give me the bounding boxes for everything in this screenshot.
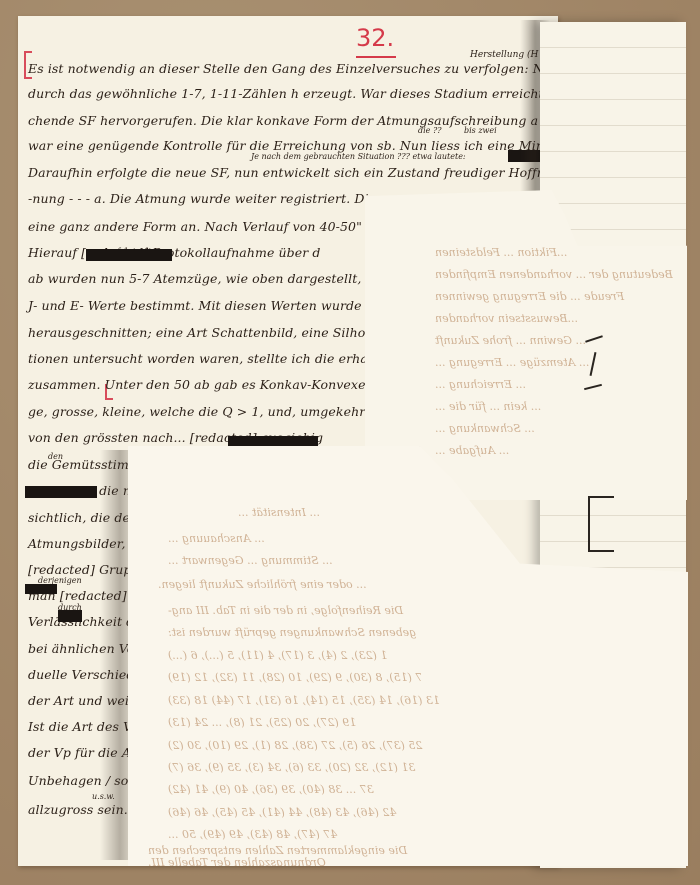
- redaction-bar: [25, 584, 57, 594]
- ghost-text-line: 25 (37), 26 (5), 27 (38), 28 (1), 29 (10…: [168, 739, 422, 752]
- ghost-text-line: ... Gewinn ... frohe Zukunft: [435, 334, 586, 347]
- ghost-text-line: 19 (27), 20 (25), 21 (8), ... 24 (13): [168, 716, 356, 729]
- ghost-text-line: 31 (12), 32 (20), 33 (6), 34 (3), 35 (9)…: [168, 761, 415, 774]
- redaction-bar: [58, 610, 82, 622]
- ghost-text-line: 47 (47), 48 (43), 49 (49), 50 ...: [168, 828, 337, 841]
- text-line-12: tionen untersucht worden waren, stellte …: [28, 351, 372, 366]
- redaction-bar: [86, 249, 172, 261]
- text-line-4: war eine genügende Kontrolle für die Err…: [28, 138, 565, 153]
- ghost-text-line: ... kein ... für die ...: [435, 400, 541, 413]
- ghost-text-line: 1 (23), 2 (4), 3 (17), 4 (11), 5 (...), …: [168, 649, 387, 662]
- ghost-text-line: ... Atemzüge ... Erregung ...: [435, 356, 589, 369]
- text-line-13: zusammen. Unter den 50 ab gab es Konkav-…: [28, 377, 382, 392]
- text-line-14: ge, grosse, kleine, welche die Q > 1, un…: [28, 404, 385, 419]
- ghost-text-line: ... Aufgabe ...: [435, 444, 509, 457]
- ghost-text-line: ... oder eine fröhliche Zukunft liegen.: [158, 578, 367, 591]
- text-line-5: Daraufhin erfolgte die neue SF, nun entw…: [28, 165, 553, 180]
- ghost-text-line: 7 (15), 8 (30), 9 (29), 10 (28), 11 (32)…: [168, 671, 422, 684]
- pencil-bracket-mark: [588, 496, 614, 552]
- ghost-text-line: ... Schwankung ...: [435, 422, 535, 435]
- ghost-text-line: ... Intensität ...: [238, 506, 320, 519]
- redaction-bar: [25, 486, 97, 498]
- ghost-text-line: gebenen Schwankungen geprüft wurden ist:: [168, 626, 416, 639]
- text-line-11: herausgeschnitten; eine Art Schattenbild…: [28, 325, 410, 340]
- text-line-6: -nung - - - a. Die Atmung wurde weiter r…: [28, 191, 369, 206]
- ghost-text-line: 13 (16), 14 (35), 15 (14), 16 (31), 17 (…: [168, 694, 440, 707]
- text-line-2: durch das gewöhnliche 1-7, 1-11-Zählen h…: [28, 86, 603, 101]
- ghost-text-line: Die Reihenfolge, in der die in Tab. III …: [168, 604, 403, 617]
- ghost-text-line: ... Anschauung ...: [168, 532, 265, 545]
- ghost-text-line: 42 (46), 43 (48), 44 (41), 45 (45), 46 (…: [168, 806, 396, 819]
- text-line-10: J- und E- Werte bestimmt. Mit diesen Wer…: [28, 298, 374, 313]
- ghost-text-line: ... Stimmung ... Gegenwart ...: [168, 554, 333, 567]
- text-line-3: chende SF hervorgerufen. Die klar konkav…: [28, 113, 538, 128]
- page-number: 32.: [356, 24, 394, 52]
- text-line-9: ab wurden nun 5-7 Atemzüge, wie oben dar…: [28, 271, 361, 286]
- ghost-text-line: Bedeutung der ... vorhandenen Empfinden: [435, 268, 673, 281]
- ghost-text-line: ...Bewusstsein vorhanden: [435, 312, 578, 325]
- text-line-7: eine ganz andere Form an. Nach Verlauf v…: [28, 219, 362, 234]
- margin-insertion-line5: Je nach dem gebrauchten Situation ??? et…: [251, 152, 466, 161]
- ghost-text-line: Freude ... die Erregung gewinnen: [435, 290, 624, 303]
- ghost-text-line: ... Erreichung ...: [435, 378, 526, 391]
- redaction-bar: [228, 436, 318, 446]
- page-number-underline: [356, 56, 396, 58]
- text-line-8: Hierauf [redacted] Protokollaufnahme übe…: [28, 245, 321, 260]
- ghost-text-line: 37 ... 38 (40), 39 (36), 40 (9), 41 (42): [168, 783, 374, 796]
- ghost-text-line: ...Fiktion ... Feldsteinen: [435, 246, 567, 259]
